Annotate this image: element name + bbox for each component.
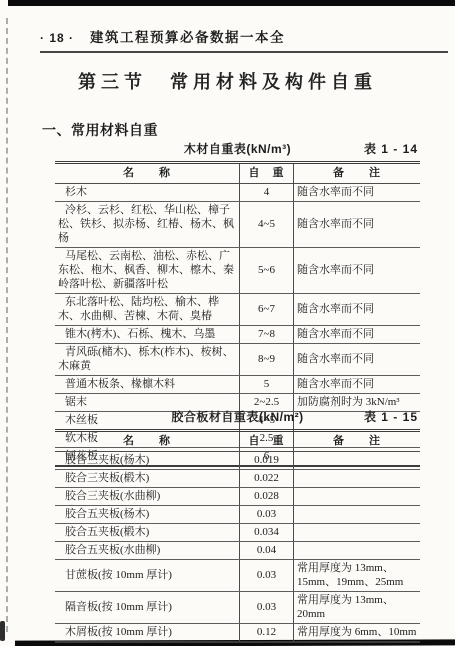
cell-weight: 0.034 [240,524,294,542]
table2-caption: 胶合板材自重表(kN/m²) 表 1 - 15 [55,409,420,425]
table-header-row: 名 称自 重备 注 [55,431,420,452]
cell-name: 马尾松、云南松、油松、赤松、广东松、枹木、枫香、柳木、檫木、秦岭落叶松、新疆落叶… [55,248,240,294]
cell-weight: 4~5 [240,202,294,248]
cell-name: 青风砾(槠木)、栎木(柞木)、桉树、木麻黄 [55,344,240,376]
scan-artifact [0,621,5,641]
scan-top-edge [8,0,455,6]
cell-name: 冷杉、云杉、红松、华山松、樟子松、铁杉、拟赤杨、红椿、杨木、枫杨 [55,202,240,248]
table-row: 马尾松、云南松、油松、赤松、广东松、枹木、枫香、柳木、檫木、秦岭落叶松、新疆落叶… [55,248,420,294]
cell-remark: 随含水率而不同 [294,184,421,202]
cell-name: 胶合五夹板(椴木) [55,524,240,542]
cell-name: 胶合三夹板(杨木) [55,452,240,470]
column-header-remark: 备 注 [294,431,421,452]
cell-remark: 随含水率而不同 [294,202,421,248]
table-row: 胶合五夹板(杨木)0.03 [55,506,420,524]
cell-remark [294,524,421,542]
book-spine-line [6,18,8,632]
table-row: 东北落叶松、陆均松、榆木、桦木、水曲柳、苦楝、木荷、臭椿6~7随含水率而不同 [55,294,420,326]
cell-weight: 5~6 [240,248,294,294]
cell-remark: 随含水率而不同 [294,344,421,376]
cell-weight: 0.022 [240,470,294,488]
cell-remark [294,488,421,506]
table-row: 甘蔗板(按 10mm 厚计)0.03常用厚度为 13mm、15mm、19mm、2… [55,560,420,592]
column-header-name: 名 称 [55,431,240,452]
column-header-weight: 自 重 [240,431,294,452]
cell-name: 锥木(栲木)、石栎、槐木、乌墨 [55,326,240,344]
table-row: 木屑板(按 10mm 厚计)0.12常用厚度为 6mm、10mm [55,624,420,643]
plywood-weight-table-block: 胶合板材自重表(kN/m²) 表 1 - 15 名 称自 重备 注 胶合三夹板(… [55,409,420,643]
cell-weight: 0.03 [240,560,294,592]
cell-remark [294,452,421,470]
cell-remark [294,470,421,488]
cell-remark [294,542,421,560]
table2-number: 表 1 - 15 [364,409,418,425]
running-head: · 18 · 建筑工程预算必备数据一本全 [40,26,448,53]
table1-number: 表 1 - 14 [364,141,418,157]
column-header-name: 名 称 [55,163,240,184]
cell-weight: 4 [240,184,294,202]
cell-name: 胶合三夹板(椴木) [55,470,240,488]
cell-weight: 0.03 [240,506,294,524]
scanned-book-page: · 18 · 建筑工程预算必备数据一本全 第三节 常用材料及构件自重 一、常用材… [0,0,455,646]
cell-name: 胶合五夹板(杨木) [55,506,240,524]
table-row: 杉木4随含水率而不同 [55,184,420,202]
cell-name: 普通木板条、椽檩木料 [55,376,240,394]
plywood-weight-table: 名 称自 重备 注 胶合三夹板(杨木)0.019胶合三夹板(椴木)0.022胶合… [55,429,420,643]
table-row: 胶合三夹板(椴木)0.022 [55,470,420,488]
cell-remark: 随含水率而不同 [294,294,421,326]
table-header-row: 名 称自 重备 注 [55,163,420,184]
table1-caption: 木材自重表(kN/m³) 表 1 - 14 [55,141,420,157]
cell-name: 隔音板(按 10mm 厚计) [55,592,240,624]
cell-remark: 常用厚度为 13mm、15mm、19mm、25mm [294,560,421,592]
cell-weight: 0.03 [240,592,294,624]
cell-weight: 0.12 [240,624,294,643]
cell-weight: 7~8 [240,326,294,344]
cell-weight: 6~7 [240,294,294,326]
cell-weight: 8~9 [240,344,294,376]
table-row: 胶合五夹板(水曲柳)0.04 [55,542,420,560]
cell-name: 木屑板(按 10mm 厚计) [55,624,240,643]
cell-remark [294,506,421,524]
cell-remark: 随含水率而不同 [294,376,421,394]
column-header-weight: 自 重 [240,163,294,184]
cell-weight: 0.04 [240,542,294,560]
cell-remark: 常用厚度为 13mm、20mm [294,592,421,624]
column-header-remark: 备 注 [294,163,421,184]
cell-remark: 常用厚度为 6mm、10mm [294,624,421,643]
section-title: 第三节 常用材料及构件自重 [0,68,455,94]
table-row: 青风砾(槠木)、栎木(柞木)、桉树、木麻黄8~9随含水率而不同 [55,344,420,376]
table-row: 胶合三夹板(水曲柳)0.028 [55,488,420,506]
cell-weight: 0.028 [240,488,294,506]
book-title: 建筑工程预算必备数据一本全 [90,26,285,46]
table-row: 胶合三夹板(杨木)0.019 [55,452,420,470]
cell-remark: 随含水率而不同 [294,326,421,344]
table-row: 冷杉、云杉、红松、华山松、樟子松、铁杉、拟赤杨、红椿、杨木、枫杨4~5随含水率而… [55,202,420,248]
cell-weight: 0.019 [240,452,294,470]
cell-name: 东北落叶松、陆均松、榆木、桦木、水曲柳、苦楝、木荷、臭椿 [55,294,240,326]
table-row: 普通木板条、椽檩木料5随含水率而不同 [55,376,420,394]
page-number: · 18 · [40,31,74,45]
cell-name: 胶合三夹板(水曲柳) [55,488,240,506]
table-row: 胶合五夹板(椴木)0.034 [55,524,420,542]
subsection-title: 一、常用材料自重 [42,120,158,140]
cell-remark: 随含水率而不同 [294,248,421,294]
table-row: 隔音板(按 10mm 厚计)0.03常用厚度为 13mm、20mm [55,592,420,624]
cell-weight: 5 [240,376,294,394]
cell-name: 胶合五夹板(水曲柳) [55,542,240,560]
table-row: 锥木(栲木)、石栎、槐木、乌墨7~8随含水率而不同 [55,326,420,344]
cell-name: 杉木 [55,184,240,202]
cell-name: 甘蔗板(按 10mm 厚计) [55,560,240,592]
